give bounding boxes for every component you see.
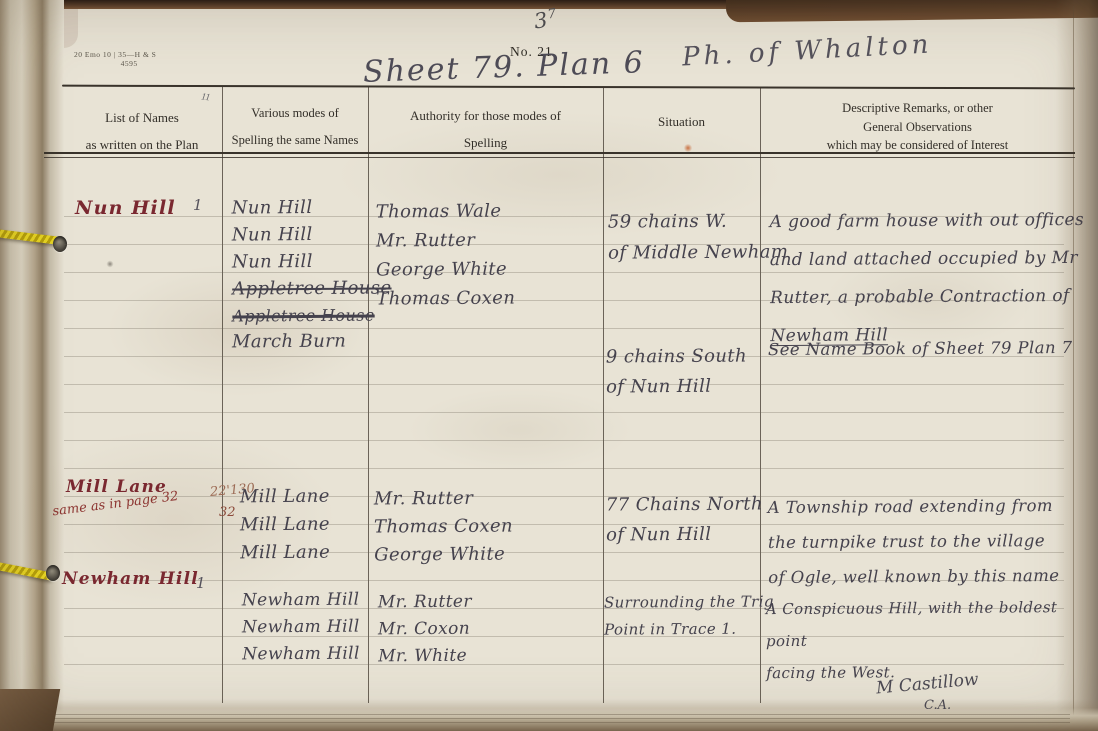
column-header-line: General Observations: [760, 118, 1075, 137]
spelling-line: Nun Hill: [232, 220, 392, 248]
page-corner-bottom-left: [0, 689, 60, 731]
authority-line: Mr. Rutter: [374, 485, 513, 514]
authority-line: Thomas Coxen: [376, 284, 515, 314]
remarks-line: of Ogle, well known by this name: [768, 558, 1059, 595]
printer-stamp-line2: 4595: [74, 59, 156, 68]
spelling-line: Newham Hill: [242, 614, 360, 642]
authority-line: George White: [376, 255, 515, 285]
situation-line: Point in Trace 1.: [604, 615, 774, 643]
sheet-title-handwritten: Sheet 79. Plan 6: [362, 45, 645, 90]
situation-line: of Nun Hill: [606, 519, 763, 550]
pencil-page-number-sup: 7: [547, 6, 557, 22]
remarks-line: See Name Book of Sheet 79 Plan 7: [768, 338, 1073, 359]
situation-line: 59 chains W.: [608, 205, 788, 237]
spelling-line: Nun Hill: [232, 247, 392, 275]
situation-line: of Nun Hill: [606, 372, 747, 403]
surveyor-title: C.A.: [924, 698, 951, 713]
situation-line: Surrounding the Trig: [604, 588, 774, 616]
name-book-page-photo: 20 Emo 10 | 35—H & S 4595 37 No. 21. 11 …: [0, 0, 1098, 731]
column-header-line: List of Names: [62, 104, 222, 131]
table-top-rule: [62, 85, 1075, 90]
remarks-line: A Conspicuous Hill, with the boldest poi…: [766, 591, 1098, 657]
spelling-line: Nun Hill: [232, 193, 392, 221]
authorities: Thomas Wale Mr. Rutter George White Thom…: [376, 197, 516, 314]
authorities: Mr. Rutter Thomas Coxen George White: [374, 485, 514, 570]
remarks-text: See Name Book of Sheet 79 Plan 7: [768, 338, 1073, 359]
remarks-text: A Township road extending from the turnp…: [768, 488, 1060, 595]
column-header-line: as written on the Plan: [62, 131, 222, 158]
column-header-line: Spelling the same Names: [222, 127, 368, 154]
book-binding: [0, 0, 64, 731]
plan-name-newham-hill: Newham Hill: [62, 569, 199, 589]
spelling-line: Mill Lane: [240, 511, 330, 540]
authority-line: George White: [374, 541, 513, 570]
spelling-line: Mill Lane: [240, 483, 330, 512]
remarks-line: A Township road extending from: [768, 488, 1059, 525]
column-header-line: Descriptive Remarks, or other: [760, 99, 1075, 118]
binding-hole-bottom: [46, 565, 60, 581]
page-stack-lines: [30, 714, 1070, 724]
spelling-variants: Mill Lane Mill Lane Mill Lane: [240, 483, 331, 568]
spelling-variants: Nun Hill Nun Hill Nun Hill Appletree Hou…: [232, 193, 392, 329]
situation-text: 59 chains W. of Middle Newham: [608, 205, 789, 268]
authority-line: Mr. Coxon: [378, 616, 472, 644]
authority-line: Mr. Rutter: [376, 226, 515, 256]
plan-name-nun-hill: Nun Hill: [75, 197, 176, 219]
column-header-names: List of Names as written on the Plan: [62, 104, 222, 158]
remarks-line: Rutter, a probable Contraction of: [770, 277, 1085, 317]
column-header-line: which may be considered of Interest: [760, 136, 1075, 155]
column-header-authority: Authority for those modes of Spelling: [368, 102, 603, 156]
authority-line: Mr. Rutter: [378, 589, 472, 617]
printer-stamp-line1: 20 Emo 10 | 35—H & S: [74, 50, 156, 59]
spelling-line-struck: Appletree House: [232, 274, 392, 302]
situation-text: Surrounding the Trig Point in Trace 1.: [604, 588, 774, 643]
spelling-line: March Burn: [232, 331, 346, 353]
situation-line: of Middle Newham: [608, 236, 788, 268]
spelling-line-struck: Appletree House: [232, 301, 392, 329]
remarks-text: A good farm house with out offices and l…: [769, 201, 1085, 355]
remarks-line: the turnpike trust to the village: [768, 523, 1059, 560]
column-header-line: Situation: [603, 114, 760, 130]
spelling-line: Newham Hill: [242, 587, 360, 615]
situation-line: 9 chains South: [606, 342, 747, 373]
authority-line: Thomas Wale: [376, 197, 515, 227]
parish-title-handwritten: Ph. of Whalton: [681, 29, 933, 72]
spelling-variants: March Burn: [232, 331, 346, 353]
pencil-page-number: 37: [532, 7, 557, 34]
printer-stamp: 20 Emo 10 | 35—H & S 4595: [74, 50, 156, 68]
authority-line: Mr. White: [378, 643, 472, 671]
remarks-line: and land attached occupied by Mr: [770, 239, 1085, 279]
situation-text: 9 chains South of Nun Hill: [606, 342, 747, 403]
spelling-line: Mill Lane: [240, 539, 330, 568]
authorities: Mr. Rutter Mr. Coxon Mr. White: [378, 589, 473, 671]
check-tick: 1: [196, 574, 206, 592]
authority-line: Thomas Coxen: [374, 513, 513, 542]
column-header-situation: Situation: [603, 114, 760, 130]
pencil-note: 32: [219, 505, 236, 520]
column-header-remarks: Descriptive Remarks, or other General Ob…: [760, 99, 1075, 155]
column-header-spelling-modes: Various modes of Spelling the same Names: [222, 100, 368, 154]
spelling-line: Newham Hill: [242, 641, 360, 669]
check-tick: 1: [193, 196, 203, 214]
column-header-line: Various modes of: [222, 100, 368, 127]
table-surface-corner: [726, 0, 1098, 22]
situation-line: 77 Chains North: [606, 489, 763, 520]
situation-text: 77 Chains North of Nun Hill: [606, 489, 763, 550]
column-header-line: Authority for those modes of: [368, 102, 603, 129]
remarks-line: A good farm house with out offices: [769, 201, 1084, 241]
pencil-tick-marks: 11: [200, 91, 211, 103]
spelling-variants: Newham Hill Newham Hill Newham Hill: [242, 587, 360, 669]
column-header-line: Spelling: [368, 129, 603, 156]
